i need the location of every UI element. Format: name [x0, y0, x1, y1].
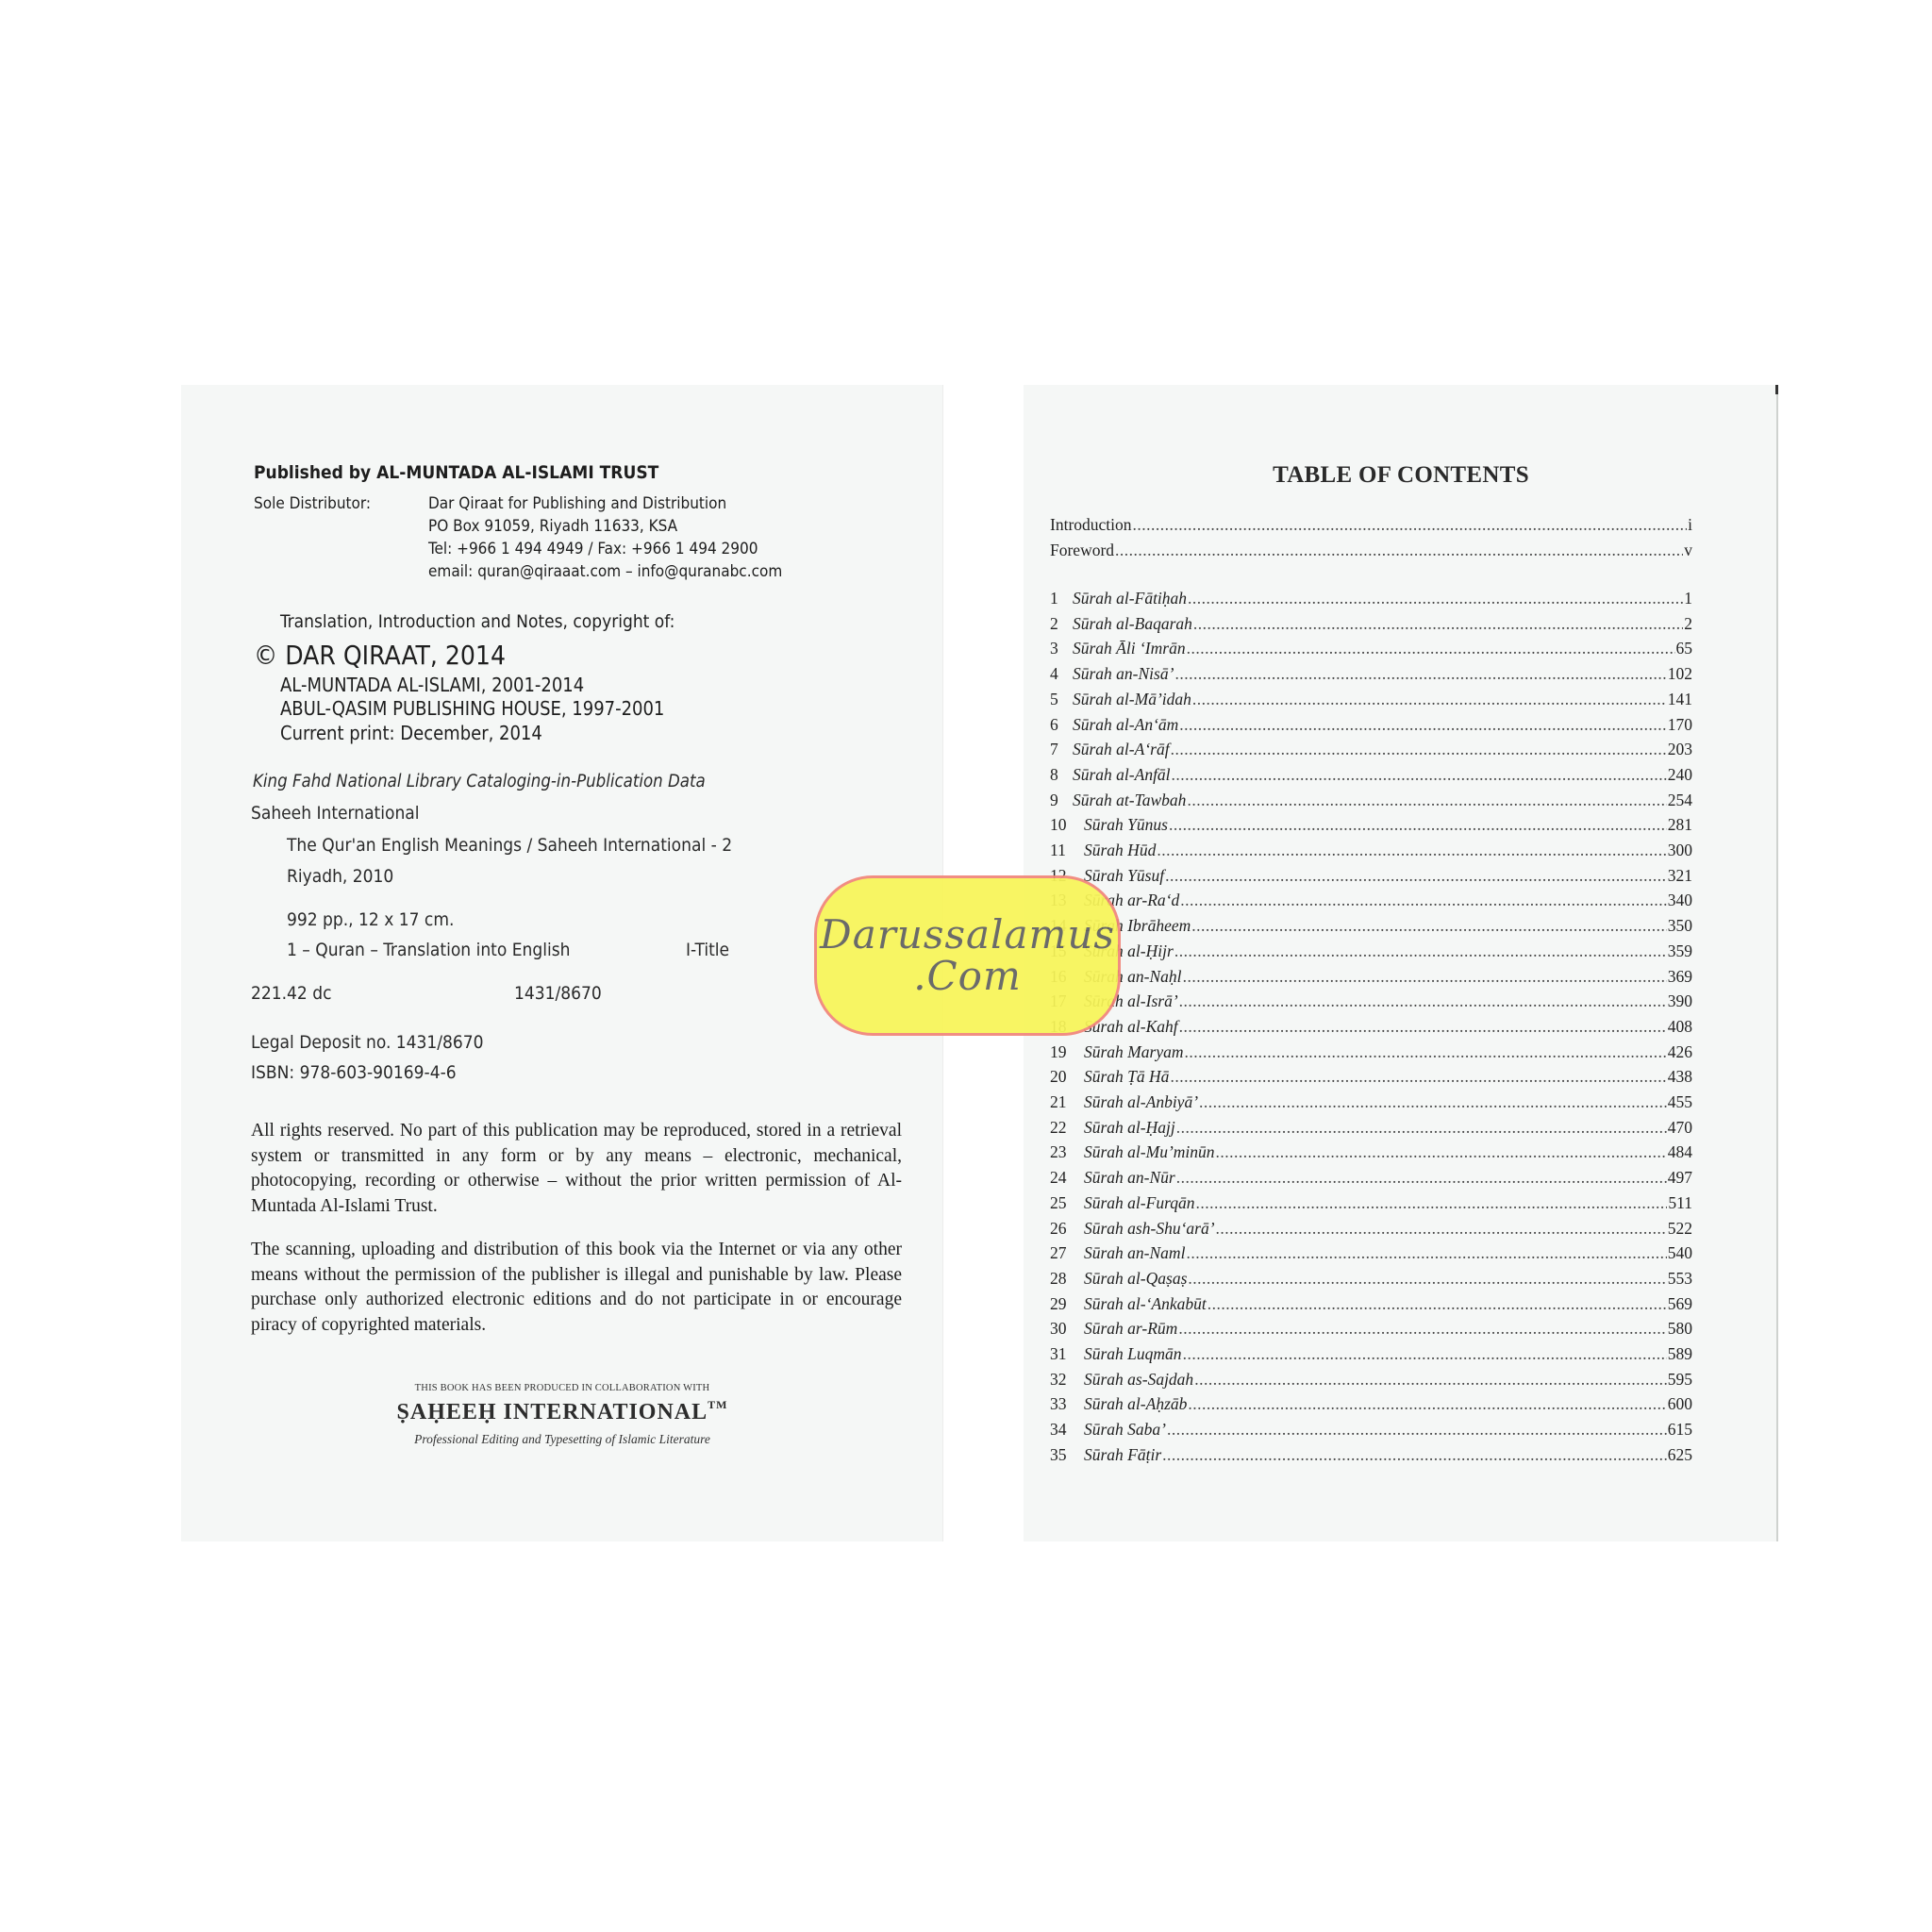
distributor-name: Dar Qiraat for Publishing and Distributi…	[428, 494, 726, 513]
catalog-place-year: Riyadh, 2010	[287, 866, 393, 887]
leader-dots	[1207, 1294, 1667, 1314]
leader-dots	[1178, 1319, 1666, 1339]
toc-surah-item: 4Sūrah an-Nisā’102	[1050, 664, 1692, 689]
page-number: 625	[1668, 1445, 1692, 1465]
toc-surah-item: 28Sūrah al-Qaṣaṣ553	[1050, 1269, 1692, 1293]
page-number: 340	[1668, 891, 1692, 910]
surah-name: Sūrah al-Mā’idah	[1073, 690, 1191, 709]
surah-number: 9	[1050, 791, 1073, 810]
page-number: v	[1684, 541, 1692, 560]
distributor-phone-fax: Tel: +966 1 494 4949 / Fax: +966 1 494 2…	[428, 540, 758, 558]
surah-name: Sūrah al-Anfāl	[1073, 765, 1171, 785]
leader-dots	[1216, 1142, 1667, 1162]
page-number: 569	[1668, 1294, 1692, 1314]
toc-surah-item: 10Sūrah Yūnus281	[1050, 815, 1692, 840]
page-number: 141	[1668, 690, 1692, 709]
page-number: 438	[1668, 1067, 1692, 1087]
toc-surah-item: 8Sūrah al-Anfāl240	[1050, 765, 1692, 790]
page-number: 350	[1668, 916, 1692, 936]
page-number: 170	[1668, 715, 1692, 735]
toc-surah-item: 15Sūrah al-Ḥijr359	[1050, 941, 1692, 966]
surah-number: 19	[1050, 1042, 1084, 1062]
page-number: 595	[1668, 1370, 1692, 1390]
leader-dots	[1199, 1092, 1667, 1112]
copyright-line: ABUL-QASIM PUBLISHING HOUSE, 1997-2001	[280, 697, 664, 720]
toc-surah-item: 1Sūrah al-Fātiḥah1	[1050, 589, 1692, 613]
surah-number: 2	[1050, 614, 1073, 634]
leader-dots	[1169, 815, 1667, 835]
copyright-intro: Translation, Introduction and Notes, cop…	[280, 611, 675, 632]
page-number: 511	[1668, 1193, 1692, 1213]
toc-surah-item: 23Sūrah al-Mu’minūn484	[1050, 1142, 1692, 1167]
toc-title: TABLE OF CONTENTS	[1024, 462, 1778, 489]
leader-dots	[1186, 1243, 1666, 1263]
toc-surah-item: 6Sūrah al-An‘ām170	[1050, 715, 1692, 740]
toc-surah-item: 24Sūrah an-Nūr497	[1050, 1168, 1692, 1192]
page-number: i	[1688, 515, 1692, 535]
surah-name: Sūrah as-Sajdah	[1084, 1370, 1193, 1390]
leader-dots	[1162, 1445, 1667, 1465]
page-number: 589	[1668, 1344, 1692, 1364]
brand-tagline: Professional Editing and Typesetting of …	[181, 1432, 943, 1447]
toc-surah-item: 14Sūrah Ibrāheem350	[1050, 916, 1692, 941]
leader-dots	[1179, 715, 1666, 735]
surah-name: Sūrah Saba’	[1084, 1420, 1166, 1440]
page-edge	[1776, 387, 1778, 1541]
page-number: 455	[1668, 1092, 1692, 1112]
legal-deposit: Legal Deposit no. 1431/8670	[251, 1032, 484, 1053]
surah-number: 20	[1050, 1067, 1084, 1087]
surah-number: 34	[1050, 1420, 1084, 1440]
leader-dots	[1172, 765, 1667, 785]
page-number: 1	[1684, 589, 1692, 608]
leader-dots	[1216, 1219, 1667, 1239]
toc-surah-item: 33Sūrah al-Aḥzāb600	[1050, 1394, 1692, 1419]
toc-surah-item: 17Sūrah al-Isrā’390	[1050, 991, 1692, 1016]
surah-number: 30	[1050, 1319, 1084, 1339]
surah-name: Sūrah Maryam	[1084, 1042, 1183, 1062]
isbn: ISBN: 978-603-90169-4-6	[251, 1062, 457, 1083]
leader-dots	[1191, 916, 1667, 936]
toc-surah-item: 2Sūrah al-Baqarah2	[1050, 614, 1692, 639]
toc-surah-item: 19Sūrah Maryam426	[1050, 1042, 1692, 1067]
surah-number: 5	[1050, 690, 1073, 709]
toc-surah-item: 5Sūrah al-Mā’idah141	[1050, 690, 1692, 714]
surah-number: 23	[1050, 1142, 1084, 1162]
surah-number: 7	[1050, 740, 1073, 759]
surah-name: Sūrah an-Naml	[1084, 1243, 1185, 1263]
page-number: 369	[1668, 967, 1692, 987]
page-number: 281	[1668, 815, 1692, 835]
distributor-email: email: quran@qiraaat.com – info@quranabc…	[428, 562, 782, 581]
page-number: 390	[1668, 991, 1692, 1011]
catalog-number: 1431/8670	[514, 983, 602, 1004]
surah-name: Sūrah Luqmān	[1084, 1344, 1182, 1364]
page-number: 600	[1668, 1394, 1692, 1414]
watermark-line-1: Darussalamus	[820, 914, 1115, 956]
surah-name: Sūrah Fāṭir	[1084, 1445, 1161, 1465]
catalog-pages-size: 992 pp., 12 x 17 cm.	[287, 909, 454, 930]
surah-number: 27	[1050, 1243, 1084, 1263]
page-number: 540	[1668, 1243, 1692, 1263]
surah-name: Sūrah ash-Shu‘arā’	[1084, 1219, 1215, 1239]
page-number: 300	[1668, 841, 1692, 860]
toc-surah-item: 27Sūrah an-Naml540	[1050, 1243, 1692, 1268]
surah-number: 32	[1050, 1370, 1084, 1390]
surah-number: 29	[1050, 1294, 1084, 1314]
surah-number: 4	[1050, 664, 1073, 684]
page-number: 321	[1668, 866, 1692, 886]
catalog-title: The Qur'an English Meanings / Saheeh Int…	[287, 835, 732, 856]
toc-front-matter-item: Introductioni	[1050, 515, 1692, 540]
catalog-heading: King Fahd National Library Cataloging-in…	[253, 772, 706, 791]
catalog-classification: 221.42 dc	[251, 983, 331, 1004]
leader-dots	[1195, 1193, 1667, 1213]
page-number: 553	[1668, 1269, 1692, 1289]
leader-dots	[1174, 664, 1666, 684]
toc-front-matter-item: Forewordv	[1050, 541, 1692, 565]
toc-surah-item: 21Sūrah al-Anbiyā’455	[1050, 1092, 1692, 1117]
page-number: 426	[1668, 1042, 1692, 1062]
toc-surah-item: 25Sūrah al-Furqān511	[1050, 1193, 1692, 1218]
leader-dots	[1188, 1394, 1666, 1414]
surah-name: Sūrah Ṭā Hā	[1084, 1067, 1169, 1087]
toc-surah-item: 30Sūrah ar-Rūm580	[1050, 1319, 1692, 1343]
page-number: 580	[1668, 1319, 1692, 1339]
leader-dots	[1179, 991, 1667, 1011]
surah-number: 3	[1050, 639, 1073, 658]
leader-dots	[1115, 541, 1683, 560]
toc-surah-item: 29Sūrah al-‘Ankabūt569	[1050, 1294, 1692, 1319]
leader-dots	[1180, 891, 1667, 910]
surah-name: Sūrah al-A‘rāf	[1073, 740, 1170, 759]
page-number: 240	[1668, 765, 1692, 785]
toc-surah-item: 20Sūrah Ṭā Hā438	[1050, 1067, 1692, 1091]
surah-number: 35	[1050, 1445, 1084, 1465]
page-number: 522	[1668, 1219, 1692, 1239]
surah-name: Sūrah al-Qaṣaṣ	[1084, 1269, 1187, 1289]
page-edge-mark	[1775, 385, 1778, 394]
toc-surah-item: 7Sūrah al-A‘rāf203	[1050, 740, 1692, 764]
toc-surah-item: 22Sūrah al-Ḥajj470	[1050, 1118, 1692, 1142]
toc-surah-item: 11Sūrah Hūd300	[1050, 841, 1692, 865]
leader-dots	[1187, 639, 1675, 658]
surah-name: Sūrah Yūnus	[1084, 815, 1168, 835]
page-number: 484	[1668, 1142, 1692, 1162]
leader-dots	[1179, 1017, 1667, 1037]
page-number: 65	[1676, 639, 1693, 658]
leader-dots	[1183, 1344, 1667, 1364]
toc-surah-item: 9Sūrah at-Tawbah254	[1050, 791, 1692, 815]
leader-dots	[1170, 1067, 1666, 1087]
front-matter-name: Foreword	[1050, 541, 1114, 560]
leader-dots	[1133, 515, 1688, 535]
leader-dots	[1188, 589, 1683, 608]
trademark-mark: TM	[708, 1398, 727, 1411]
toc-surah-item: 35Sūrah Fāṭir625	[1050, 1445, 1692, 1470]
sole-distributor-label: Sole Distributor:	[254, 494, 371, 513]
catalog-i-title: I-Title	[686, 940, 729, 960]
toc-surah-item: 16Sūrah an-Naḥl369	[1050, 967, 1692, 991]
rights-reserved-paragraph: All rights reserved. No part of this pub…	[251, 1119, 902, 1219]
toc-surah-item: 34Sūrah Saba’615	[1050, 1420, 1692, 1444]
leader-dots	[1194, 1370, 1667, 1390]
surah-name: Sūrah at-Tawbah	[1073, 791, 1186, 810]
toc-surah-item: 3Sūrah Āli ‘Imrān65	[1050, 639, 1692, 663]
copyright-holder: © DAR QIRAAT, 2014	[254, 640, 506, 671]
surah-name: Sūrah an-Nūr	[1084, 1168, 1175, 1188]
page-number: 102	[1668, 664, 1692, 684]
darussalamus-watermark: Darussalamus .Com	[814, 875, 1121, 1036]
leader-dots	[1176, 1118, 1667, 1138]
surah-name: Sūrah an-Nisā’	[1073, 664, 1174, 684]
surah-number: 31	[1050, 1344, 1084, 1364]
catalog-subject: 1 – Quran – Translation into English	[287, 940, 570, 960]
saheeh-international-logo: ṢAḤEEḤ INTERNATIONALTM	[181, 1400, 943, 1425]
toc-surah-item: 12Sūrah Yūsuf321	[1050, 866, 1692, 891]
leader-dots	[1165, 866, 1667, 886]
surah-name: Sūrah Hūd	[1084, 841, 1156, 860]
surah-number: 6	[1050, 715, 1073, 735]
page-number: 408	[1668, 1017, 1692, 1037]
page-number: 2	[1684, 614, 1692, 634]
catalog-author: Saheeh International	[251, 803, 420, 824]
page-number: 359	[1668, 941, 1692, 961]
surah-number: 8	[1050, 765, 1073, 785]
leader-dots	[1193, 614, 1683, 634]
toc-surah-item: 32Sūrah as-Sajdah595	[1050, 1370, 1692, 1394]
leader-dots	[1157, 841, 1666, 860]
surah-number: 1	[1050, 589, 1073, 608]
surah-number: 22	[1050, 1118, 1084, 1138]
surah-number: 33	[1050, 1394, 1084, 1414]
current-print-line: Current print: December, 2014	[280, 722, 542, 744]
leader-dots	[1167, 1420, 1667, 1440]
surah-name: Sūrah al-Fātiḥah	[1073, 589, 1187, 608]
brand-name: ṢAḤEEḤ INTERNATIONAL	[397, 1400, 708, 1424]
distributor-address: PO Box 91059, Riyadh 11633, KSA	[428, 517, 677, 536]
surah-name: Sūrah al-Baqarah	[1073, 614, 1192, 634]
surah-name: Sūrah al-‘Ankabūt	[1084, 1294, 1207, 1314]
surah-name: Sūrah al-An‘ām	[1073, 715, 1178, 735]
leader-dots	[1187, 791, 1666, 810]
surah-name: Sūrah ar-Rūm	[1084, 1319, 1177, 1339]
leader-dots	[1176, 1168, 1667, 1188]
leader-dots	[1192, 690, 1667, 709]
page-number: 203	[1668, 740, 1692, 759]
page-number: 254	[1668, 791, 1692, 810]
surah-name: Sūrah al-Mu’minūn	[1084, 1142, 1215, 1162]
anti-piracy-paragraph: The scanning, uploading and distribution…	[251, 1238, 902, 1338]
leader-dots	[1184, 1042, 1666, 1062]
surah-number: 26	[1050, 1219, 1084, 1239]
table-of-contents-page: TABLE OF CONTENTS IntroductioniForewordv…	[1024, 385, 1778, 1541]
front-matter-name: Introduction	[1050, 515, 1132, 535]
toc-surah-item: 31Sūrah Luqmān589	[1050, 1344, 1692, 1369]
toc-surah-item: 26Sūrah ash-Shu‘arā’522	[1050, 1219, 1692, 1243]
surah-number: 10	[1050, 815, 1084, 835]
collaboration-line: THIS BOOK HAS BEEN PRODUCED IN COLLABORA…	[181, 1383, 943, 1393]
surah-name: Sūrah al-Anbiyā’	[1084, 1092, 1198, 1112]
leader-dots	[1183, 967, 1667, 987]
toc-surah-item: 18Sūrah al-Kahf408	[1050, 1017, 1692, 1041]
page-number: 615	[1668, 1420, 1692, 1440]
publisher-line: Published by AL-MUNTADA AL-ISLAMI TRUST	[254, 462, 658, 483]
page-number: 470	[1668, 1118, 1692, 1138]
page-number: 497	[1668, 1168, 1692, 1188]
surah-name: Sūrah Āli ‘Imrān	[1073, 639, 1186, 658]
surah-name: Sūrah al-Furqān	[1084, 1193, 1194, 1213]
leader-dots	[1174, 941, 1667, 961]
surah-name: Sūrah al-Ḥajj	[1084, 1118, 1175, 1138]
toc-surah-item: 13Sūrah ar-Ra‘d340	[1050, 891, 1692, 915]
surah-number: 21	[1050, 1092, 1084, 1112]
surah-number: 24	[1050, 1168, 1084, 1188]
surah-name: Sūrah Yūsuf	[1084, 866, 1164, 886]
surah-number: 28	[1050, 1269, 1084, 1289]
surah-name: Sūrah al-Aḥzāb	[1084, 1394, 1187, 1414]
surah-number: 11	[1050, 841, 1084, 860]
watermark-line-2: .Com	[913, 956, 1022, 997]
leader-dots	[1188, 1269, 1666, 1289]
copyright-line: AL-MUNTADA AL-ISLAMI, 2001-2014	[280, 674, 584, 696]
leader-dots	[1171, 740, 1667, 759]
surah-number: 25	[1050, 1193, 1084, 1213]
